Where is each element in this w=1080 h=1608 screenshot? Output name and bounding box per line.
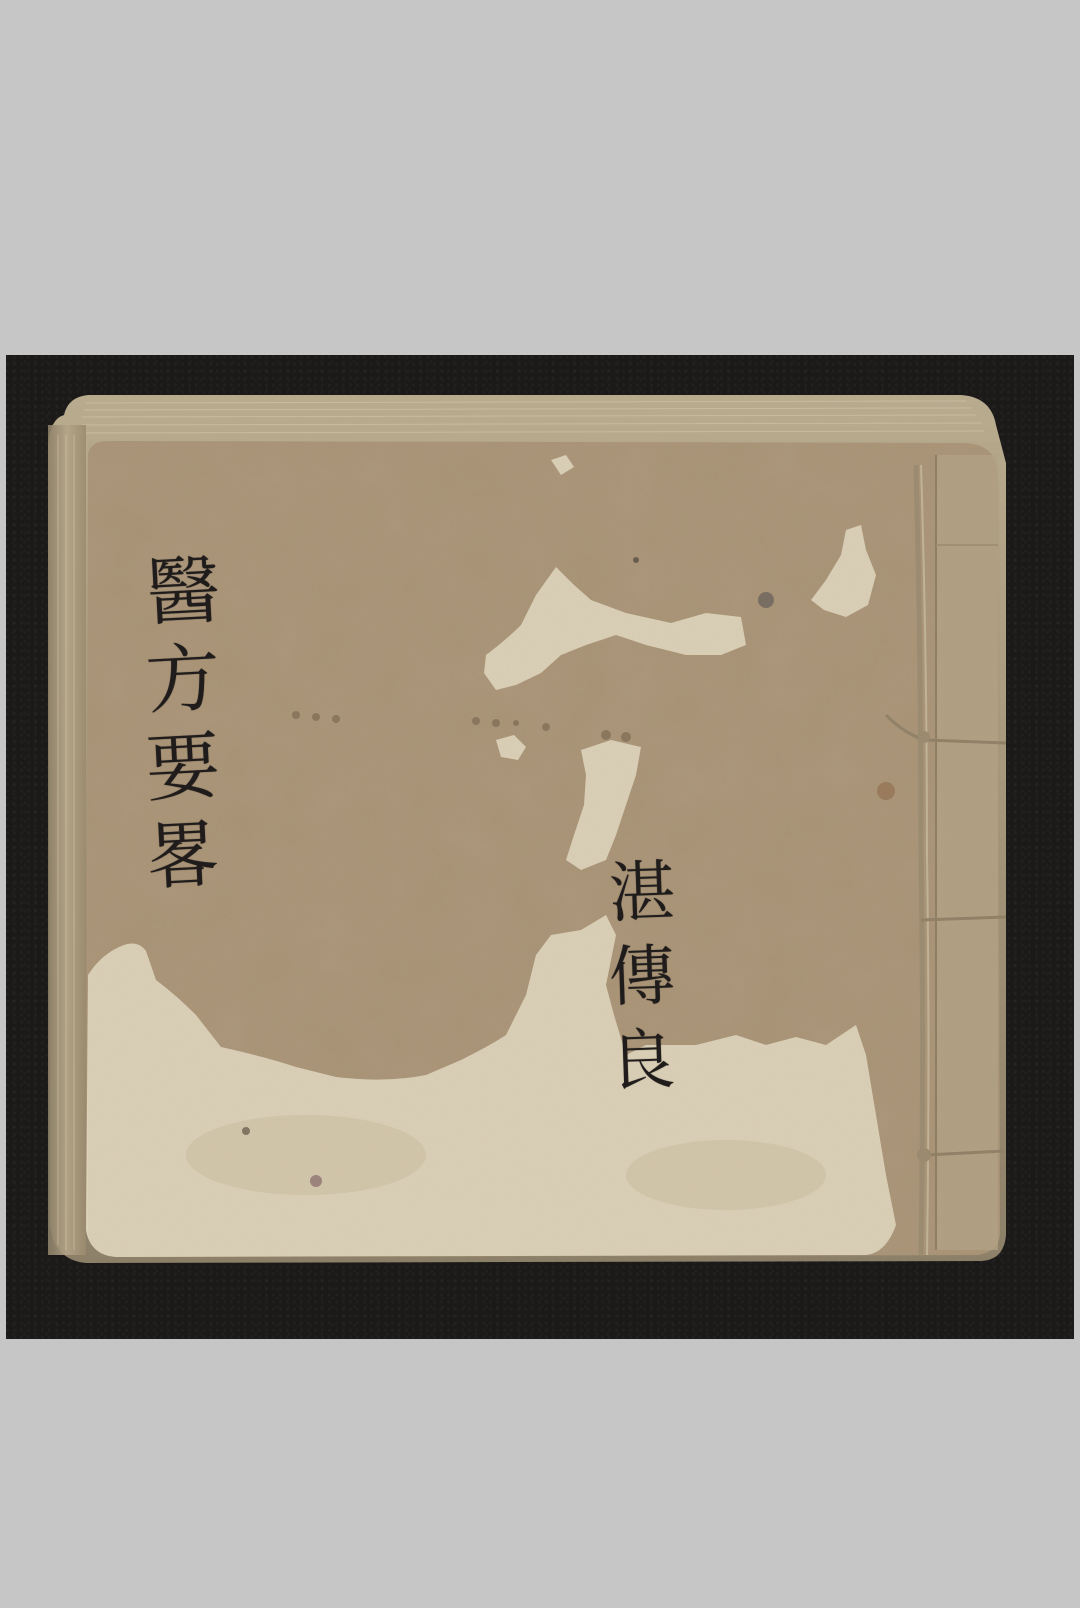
title-char: 醫	[144, 553, 222, 631]
photo-backdrop: 醫 方 要 畧 湛 傳 良	[6, 355, 1074, 1339]
book-title-calligraphy: 醫 方 要 畧	[146, 555, 220, 907]
owner-char: 良	[608, 1027, 676, 1095]
owner-char: 湛	[608, 859, 676, 927]
title-char: 方	[144, 641, 222, 719]
title-char: 要	[144, 729, 222, 807]
owner-char: 傳	[608, 943, 676, 1011]
title-char: 畧	[144, 817, 222, 895]
owner-name-calligraphy: 湛 傳 良	[609, 860, 675, 1112]
